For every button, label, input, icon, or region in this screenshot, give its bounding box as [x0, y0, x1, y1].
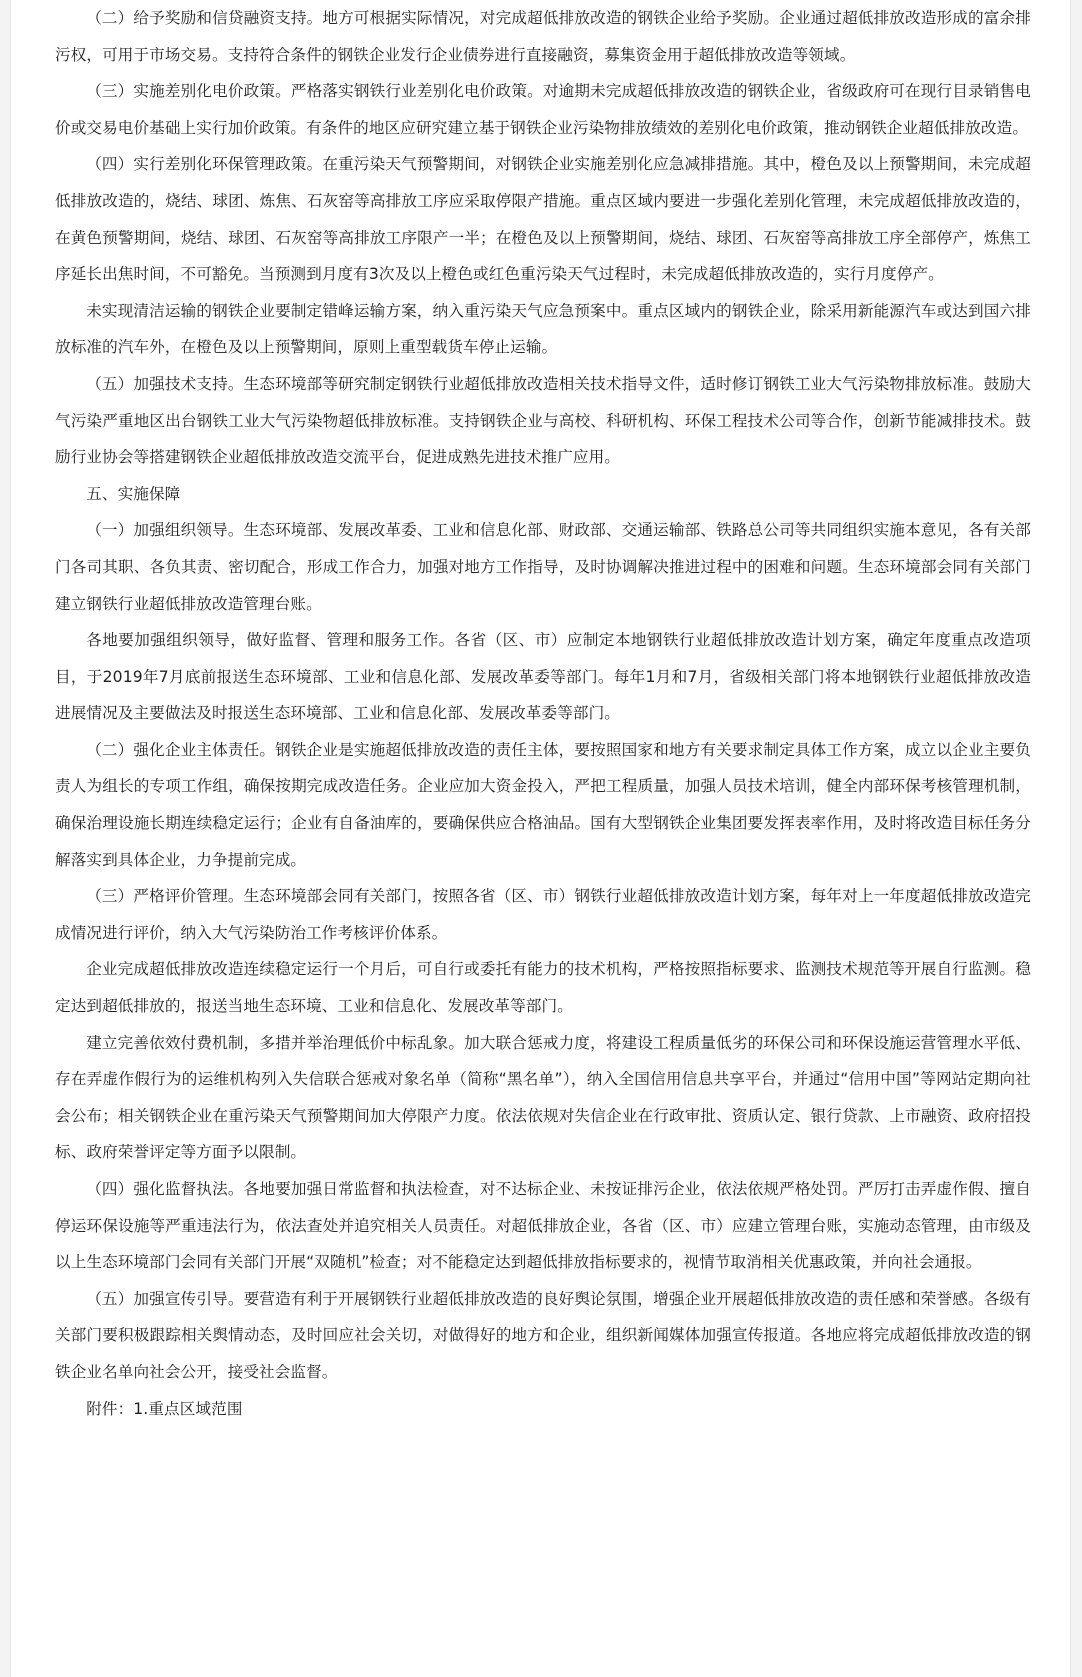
paragraph-enterprise-responsibility: （二）强化企业主体责任。钢铁企业是实施超低排放改造的责任主体，要按照国家和地方有… — [55, 732, 1031, 878]
attachment-line: 附件：1.重点区域范围 — [55, 1391, 1031, 1428]
paragraph-self-monitoring: 企业完成超低排放改造连续稳定运行一个月后，可自行或委托有能力的技术机构，严格按照… — [55, 951, 1031, 1024]
document-body: （二）给予奖励和信贷融资支持。地方可根据实际情况，对完成超低排放改造的钢铁企业给… — [55, 0, 1031, 1427]
paragraph-blacklist-mechanism: 建立完善依效付费机制，多措并举治理低价中标乱象。加大联合惩戒力度，将建设工程质量… — [55, 1025, 1031, 1171]
paragraph-clean-transport: 未实现清洁运输的钢铁企业要制定错峰运输方案，纳入重污染天气应急预案中。重点区域内… — [55, 293, 1031, 366]
paragraph-incentives-financing: （二）给予奖励和信贷融资支持。地方可根据实际情况，对完成超低排放改造的钢铁企业给… — [55, 0, 1031, 73]
document-page: （二）给予奖励和信贷融资支持。地方可根据实际情况，对完成超低排放改造的钢铁企业给… — [10, 0, 1071, 1677]
paragraph-organizational-leadership: （一）加强组织领导。生态环境部、发展改革委、工业和信息化部、财政部、交通运输部、… — [55, 512, 1031, 622]
paragraph-differential-electricity-price: （三）实施差别化电价政策。严格落实钢铁行业差别化电价政策。对逾期未完成超低排放改… — [55, 73, 1031, 146]
section-heading-implementation: 五、实施保障 — [55, 476, 1031, 513]
paragraph-technical-support: （五）加强技术支持。生态环境部等研究制定钢铁行业超低排放改造相关技术指导文件，适… — [55, 366, 1031, 476]
paragraph-local-planning: 各地要加强组织领导，做好监督、管理和服务工作。各省（区、市）应制定本地钢铁行业超… — [55, 622, 1031, 732]
paragraph-publicity-guidance: （五）加强宣传引导。要营造有利于开展钢铁行业超低排放改造的良好舆论氛围，增强企业… — [55, 1281, 1031, 1391]
paragraph-supervision-enforcement: （四）强化监督执法。各地要加强日常监督和执法检查，对不达标企业、未按证排污企业，… — [55, 1171, 1031, 1281]
paragraph-evaluation-management: （三）严格评价管理。生态环境部会同有关部门，按照各省（区、市）钢铁行业超低排放改… — [55, 878, 1031, 951]
paragraph-differential-env-management: （四）实行差别化环保管理政策。在重污染天气预警期间，对钢铁企业实施差别化应急减排… — [55, 146, 1031, 292]
